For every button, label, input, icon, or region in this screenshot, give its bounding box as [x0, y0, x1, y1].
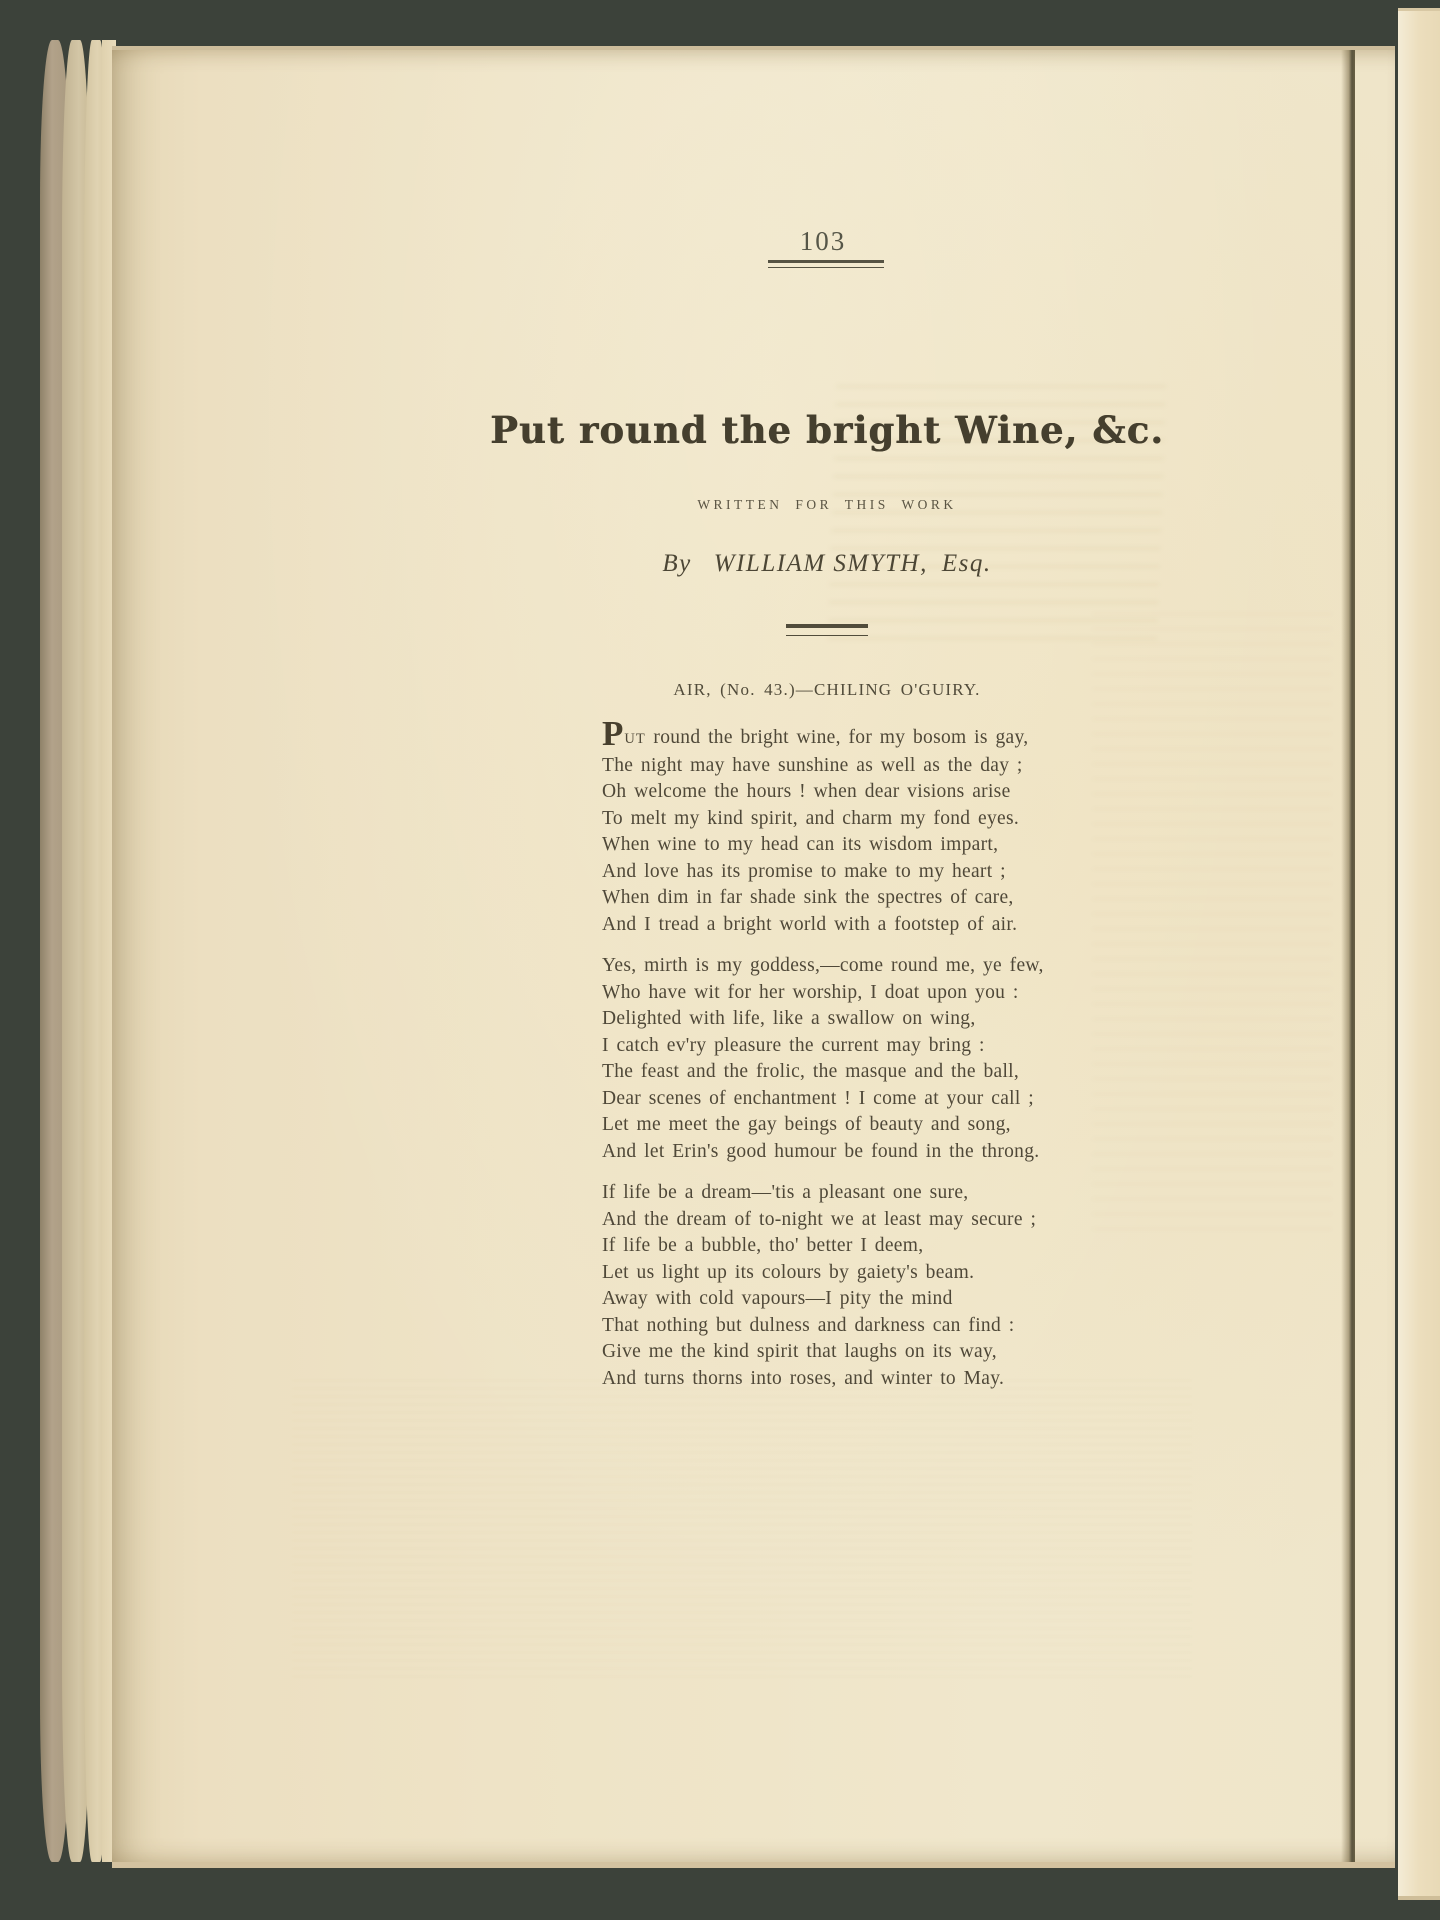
poem-line: I catch ev'ry pleasure the current may b…: [602, 1033, 1162, 1060]
facing-page-sliver: [1398, 8, 1440, 1900]
poem-line: Let us light up its colours by gaiety's …: [602, 1260, 1162, 1287]
poem-line: Oh welcome the hours ! when dear visions…: [602, 779, 1162, 806]
byline-esq: Esq.: [942, 550, 992, 577]
show-through-music-staves: [292, 1380, 1192, 1680]
poem-line: That nothing but dulness and darkness ca…: [602, 1313, 1162, 1340]
poem-line: If life be a dream—'tis a pleasant one s…: [602, 1180, 1162, 1207]
poem-line: When dim in far shade sink the spectres …: [602, 885, 1162, 912]
poem-stanza-3: If life be a dream—'tis a pleasant one s…: [602, 1180, 1162, 1392]
poem-line: Who have wit for her worship, I doat upo…: [602, 980, 1162, 1007]
poem-line: And let Erin's good humour be found in t…: [602, 1139, 1162, 1166]
poem-stanza-1: PUT round the bright wine, for my bosom …: [602, 724, 1162, 938]
small-caps: UT: [624, 731, 645, 747]
drop-cap: P: [602, 724, 623, 744]
poem-line: If life be a bubble, tho' better I deem,: [602, 1233, 1162, 1260]
poem-line: The night may have sunshine as well as t…: [602, 753, 1162, 780]
poem-stanza-2: Yes, mirth is my goddess,—come round me,…: [602, 953, 1162, 1165]
book-gutter-shadow: [1341, 50, 1355, 1862]
poem-line-first-rest: round the bright wine, for my bosom is g…: [646, 727, 1029, 748]
poem-line: And turns thorns into roses, and winter …: [602, 1366, 1162, 1393]
poem-line: And love has its promise to make to my h…: [602, 859, 1162, 886]
byline: ByWILLIAM SMYTH,Esq.: [212, 550, 1440, 578]
poem-line: Yes, mirth is my goddess,—come round me,…: [602, 953, 1162, 980]
air-caption: AIR, (No. 43.)—CHILING O'GUIRY.: [212, 680, 1440, 700]
poem-line: And the dream of to-night we at least ma…: [602, 1207, 1162, 1234]
byline-by: By: [662, 550, 691, 577]
poem-line: To melt my kind spirit, and charm my fon…: [602, 806, 1162, 833]
poem: PUT round the bright wine, for my bosom …: [602, 724, 1162, 1407]
poem-line: And I tread a bright world with a footst…: [602, 912, 1162, 939]
poem-line: Give me the kind spirit that laughs on i…: [602, 1339, 1162, 1366]
poem-line-first: PUT round the bright wine, for my bosom …: [602, 724, 1162, 753]
title-separator-rule: [786, 624, 868, 636]
poem-line: Dear scenes of enchantment ! I come at y…: [602, 1086, 1162, 1113]
poem-line: Away with cold vapours—I pity the mind: [602, 1286, 1162, 1313]
page-number-rule: [768, 260, 884, 268]
poem-line: The feast and the frolic, the masque and…: [602, 1059, 1162, 1086]
poem-line: When wine to my head can its wisdom impa…: [602, 832, 1162, 859]
song-title: Put round the bright Wine, &c.: [212, 408, 1440, 452]
poem-line: Let me meet the gay beings of beauty and…: [602, 1112, 1162, 1139]
written-for-label: WRITTEN FOR THIS WORK: [212, 497, 1440, 513]
book-page: 103 Put round the bright Wine, &c. WRITT…: [112, 46, 1395, 1868]
byline-author: WILLIAM SMYTH,: [714, 550, 928, 577]
poem-line: Delighted with life, like a swallow on w…: [602, 1006, 1162, 1033]
page-number: 103: [206, 226, 1440, 257]
